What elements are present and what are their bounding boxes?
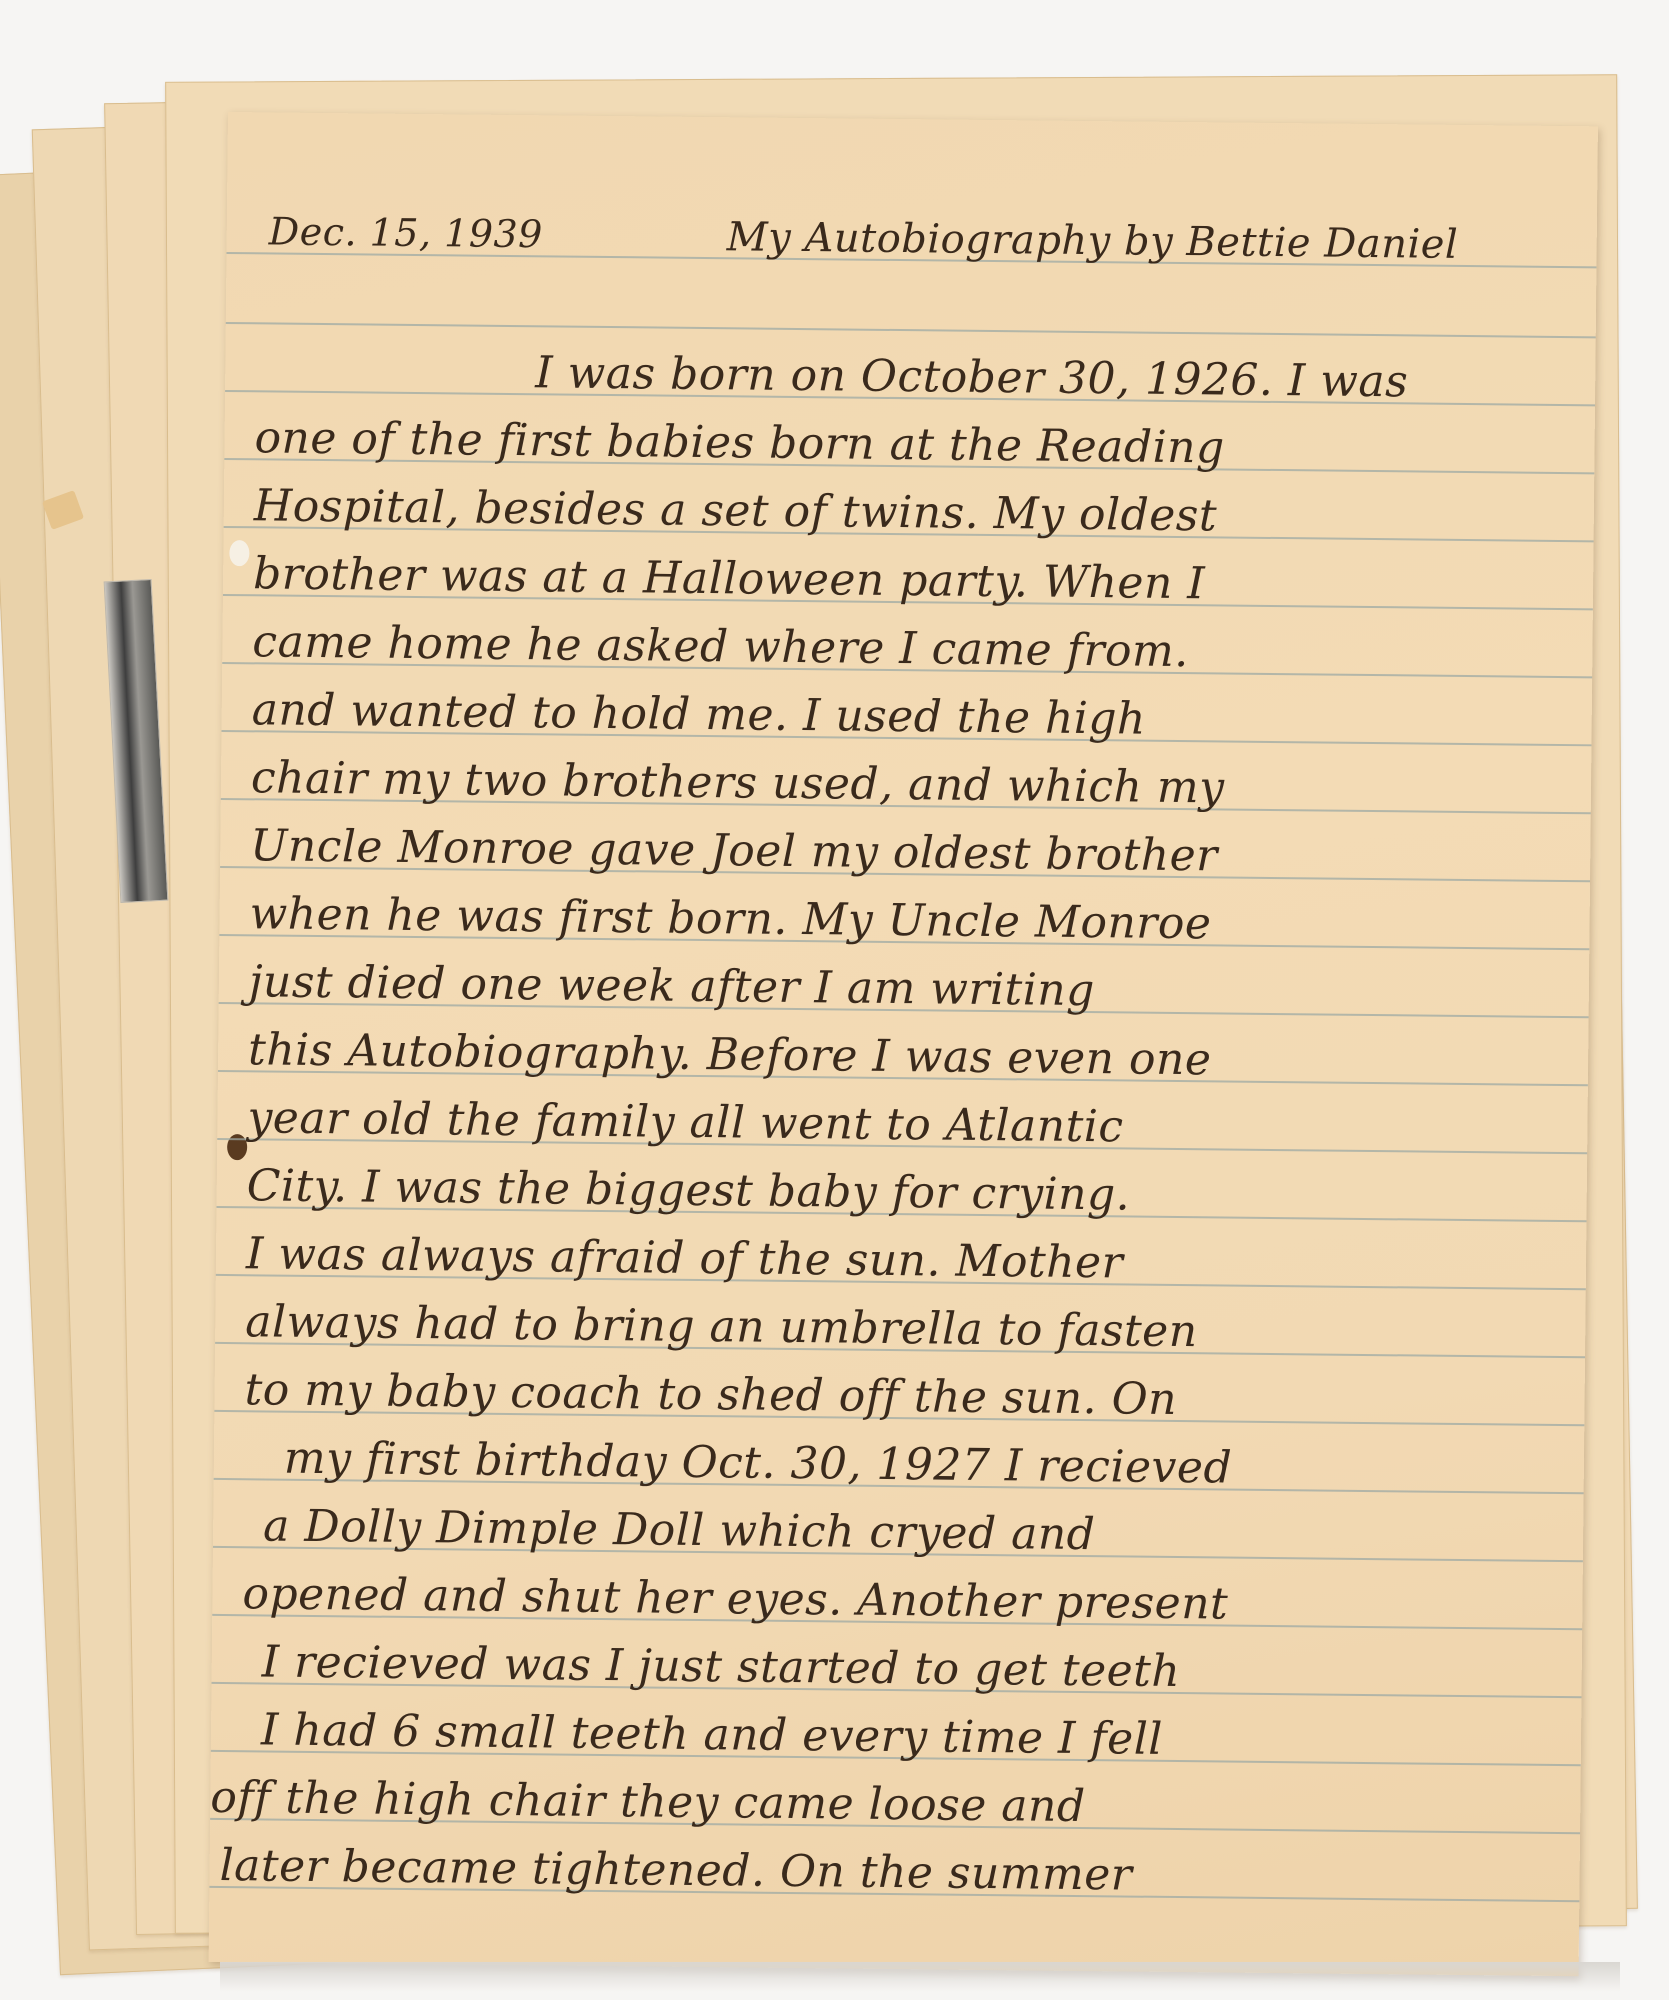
text-line: I recieved was I just started to get tee… [262,1640,1562,1698]
text-line: my first birthday Oct. 30, 1927 I reciev… [284,1437,1564,1494]
text-line: chair my two brothers used, and which my [251,756,1571,814]
text-line: I was born on October 30, 1926. I was [535,351,1575,406]
text-line: this Autobiography. Before I was even on… [248,1028,1568,1086]
text-line: later became tightened. On the summer [219,1844,1559,1902]
text-line: a Dolly Dimple Doll which cryed and [263,1504,1563,1562]
text-line: Hospital, besides a set of twins. My old… [254,484,1574,542]
text-line: when he was first born. My Uncle Monroe [249,892,1569,950]
punch-hole [229,540,249,566]
text-line: and wanted to hold me. I used the high [252,688,1572,746]
text-line: to my baby coach to shed off the sun. On [244,1368,1564,1426]
text-line: I had 6 small teeth and every time I fel… [261,1708,1561,1766]
text-line: I was always afraid of the sun. Mother [246,1232,1566,1290]
text-line: brother was at a Halloween party. When I [253,552,1573,610]
text-line: City. I was the biggest baby for crying. [247,1164,1567,1222]
text-line: just died one week after I am writing [249,960,1569,1018]
text-line: year old the family all went to Atlantic [247,1096,1567,1154]
text-line: opened and shut her eyes. Another presen… [242,1572,1562,1630]
rule-line [226,322,1596,338]
document-title: My Autobiography by Bettie Daniel [727,217,1577,266]
text-line: came home he asked where I came from. [252,620,1572,678]
text-line: one of the first babies born at the Read… [254,416,1574,474]
text-line: off the high chair they came loose and [210,1776,1560,1834]
page-shadow [220,1962,1620,1992]
text-line: Uncle Monroe gave Joel my oldest brother [250,824,1570,882]
manuscript-page: Dec. 15, 1939 My Autobiography by Bettie… [209,112,1598,1976]
text-line: always had to bring an umbrella to faste… [245,1300,1565,1358]
